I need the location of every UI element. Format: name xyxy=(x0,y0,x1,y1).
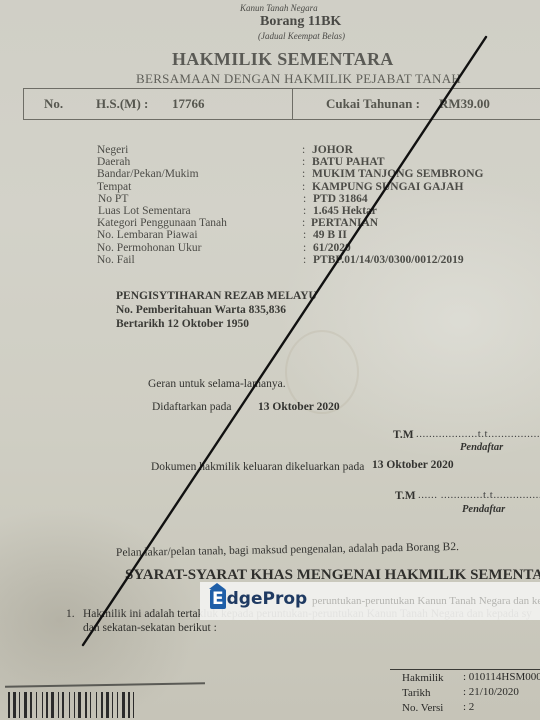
land-title-document: Kanun Tanah Negara Borang 11BK (Jadual K… xyxy=(0,0,540,720)
cancellation-slash-line xyxy=(0,0,540,720)
